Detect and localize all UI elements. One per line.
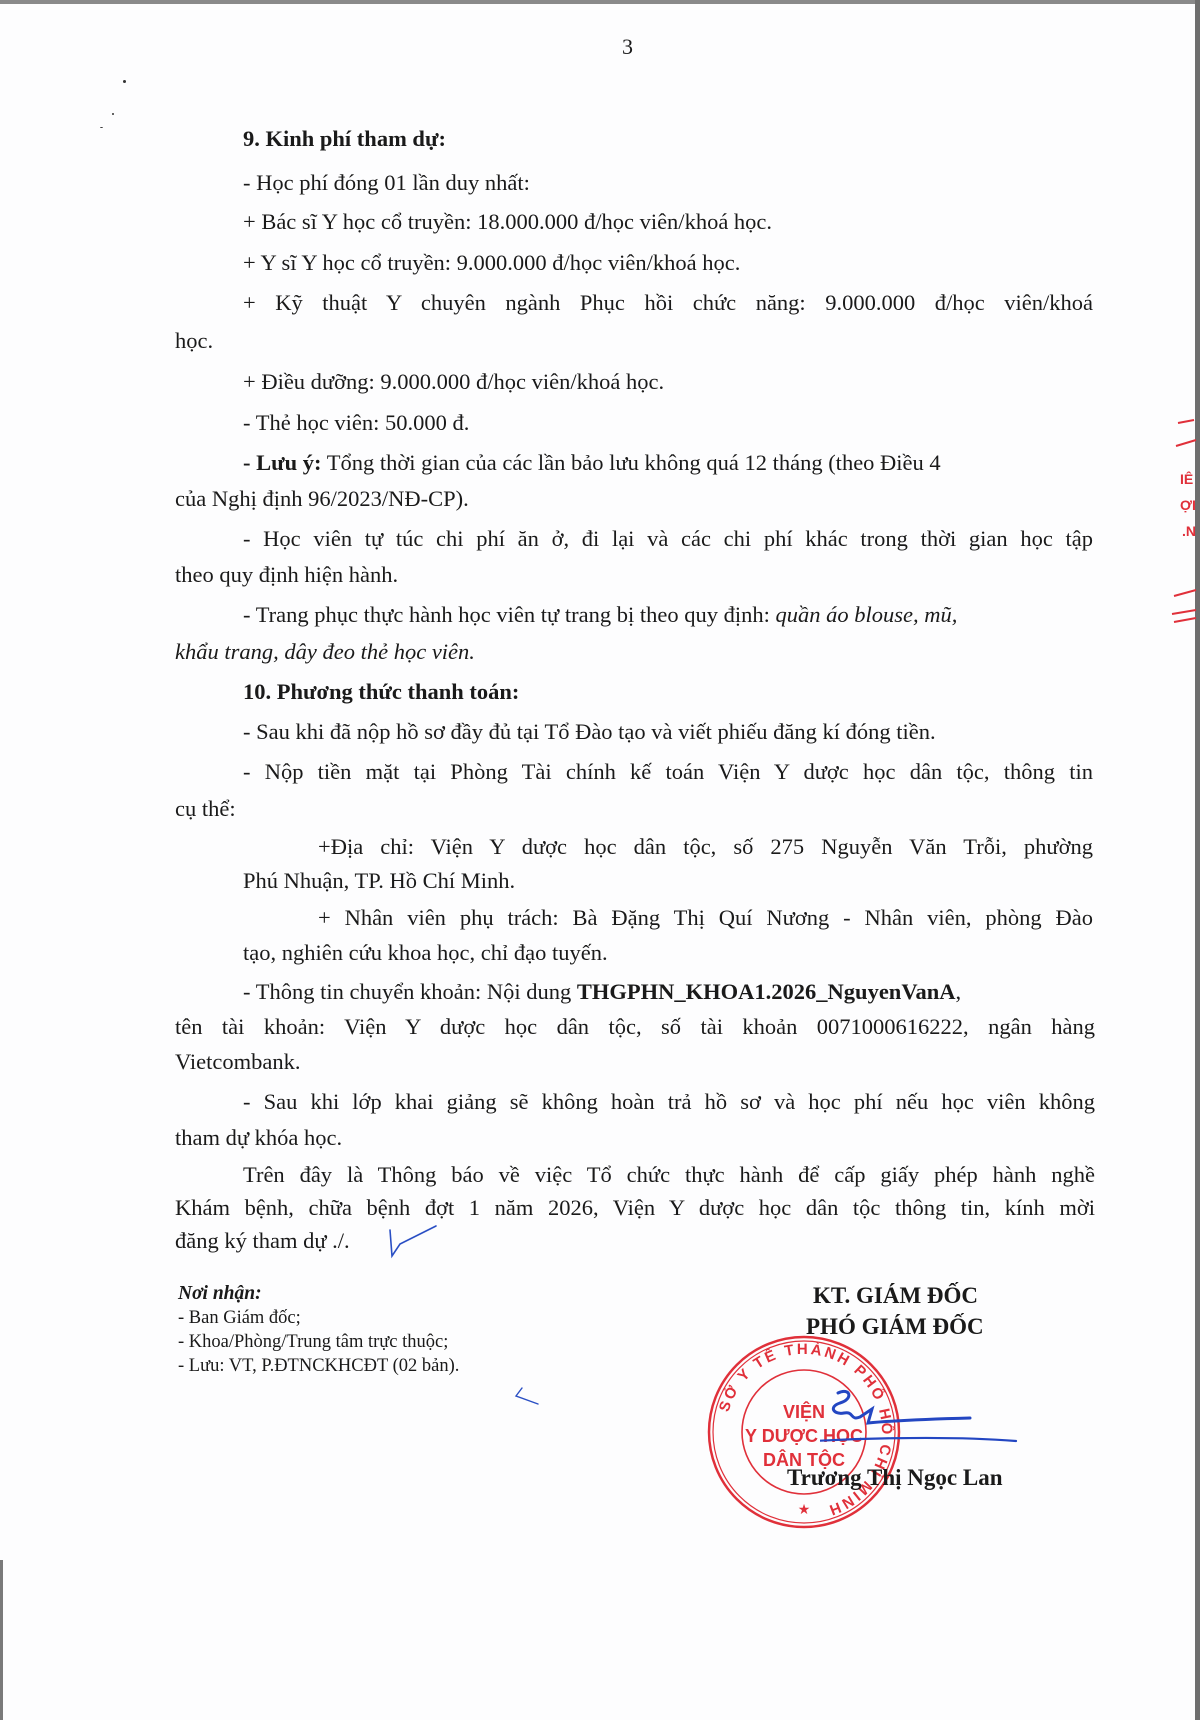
page-seal-fragment: IÊ ỢI .N: [1170, 418, 1200, 638]
uniform-line-2: khẩu trang, dây đeo thẻ học viên.: [175, 637, 475, 667]
staff-line-2: tạo, nghiên cứu khoa học, chỉ đạo tuyến.: [243, 938, 608, 968]
transfer-label: - Thông tin chuyển khoản: Nội dung: [243, 979, 577, 1004]
fee-item-continuation: học.: [175, 326, 213, 356]
page-number: 3: [622, 34, 633, 60]
section-9-heading: 9. Kinh phí tham dự:: [243, 124, 446, 154]
handwritten-initial-mark: [512, 1386, 542, 1408]
svg-text:.N: .N: [1182, 523, 1196, 539]
signer-name: Trương Thị Ngọc Lan: [787, 1462, 1002, 1494]
scan-speck: [112, 113, 114, 115]
self-funded-line-1: - Học viên tự túc chi phí ăn ở, đi lại v…: [243, 524, 1093, 554]
star-icon: ★: [798, 1503, 811, 1518]
section-10-heading: 10. Phương thức thanh toán:: [243, 677, 519, 707]
signer-title-1: KT. GIÁM ĐỐC: [813, 1280, 978, 1312]
handwritten-signature: [820, 1385, 1020, 1465]
cash-payment-line-2: cụ thể:: [175, 794, 236, 824]
recipients-block: Nơi nhận: - Ban Giám đốc; - Khoa/Phòng/T…: [178, 1282, 459, 1378]
fee-item: + Kỹ thuật Y chuyên ngành Phục hồi chức …: [243, 288, 1093, 318]
fee-item: + Bác sĩ Y học cổ truyền: 18.000.000 đ/h…: [243, 207, 772, 237]
address-line-1: +Địa chỉ: Viện Y dược học dân tộc, số 27…: [318, 832, 1093, 862]
closing-line-1: Trên đây là Thông báo về việc Tổ chức th…: [243, 1160, 1095, 1190]
closing-line-3: đăng ký tham dự ./.: [175, 1226, 350, 1256]
tuition-intro: - Học phí đóng 01 lần duy nhất:: [243, 168, 530, 198]
note-label: - Lưu ý:: [243, 450, 322, 475]
note-line-1: - Lưu ý: Tổng thời gian của các lần bảo …: [243, 448, 1093, 478]
recipient-item: - Lưu: VT, P.ĐTNCKHCĐT (02 bản).: [178, 1354, 459, 1378]
svg-text:IÊ: IÊ: [1180, 470, 1193, 487]
scan-right-border: [1195, 0, 1200, 1720]
fee-item: + Y sĩ Y học cổ truyền: 9.000.000 đ/học …: [243, 248, 740, 278]
transfer-line-2: tên tài khoản: Viện Y dược học dân tộc, …: [175, 1012, 1095, 1042]
staff-line-1: + Nhân viên phụ trách: Bà Đặng Thị Quí N…: [318, 903, 1093, 933]
scan-speck: [123, 80, 126, 83]
recipient-item: - Khoa/Phòng/Trung tâm trực thuộc;: [178, 1330, 459, 1354]
note-line-2: của Nghị định 96/2023/NĐ-CP).: [175, 484, 469, 514]
uniform-items: quần áo blouse, mũ,: [775, 602, 957, 627]
uniform-text: - Trang phục thực hành học viên tự trang…: [243, 602, 775, 627]
refund-line-1: - Sau khi lớp khai giảng sẽ không hoàn t…: [243, 1087, 1095, 1117]
card-fee: - Thẻ học viên: 50.000 đ.: [243, 408, 469, 438]
fee-item: + Điều dưỡng: 9.000.000 đ/học viên/khoá …: [243, 367, 664, 397]
address-line-2: Phú Nhuận, TP. Hồ Chí Minh.: [243, 866, 515, 896]
recipient-item: - Ban Giám đốc;: [178, 1306, 459, 1330]
transfer-line-3: Vietcombank.: [175, 1047, 301, 1077]
transfer-line-1: - Thông tin chuyển khoản: Nội dung THGPH…: [243, 977, 1098, 1007]
handwritten-initial-mark: [388, 1224, 438, 1260]
scan-speck: [100, 127, 103, 128]
cash-payment-line-1: - Nộp tiền mặt tại Phòng Tài chính kế to…: [243, 757, 1093, 787]
payment-step-1: - Sau khi đã nộp hồ sơ đầy đủ tại Tổ Đào…: [243, 717, 936, 747]
closing-line-2: Khám bệnh, chữa bệnh đợt 1 năm 2026, Việ…: [175, 1193, 1095, 1223]
refund-line-2: tham dự khóa học.: [175, 1123, 342, 1153]
scan-left-border: [0, 1560, 3, 1720]
stamp-text: VIỆN: [783, 1401, 825, 1422]
svg-text:ỢI: ỢI: [1180, 497, 1196, 513]
recipients-title: Nơi nhận:: [178, 1282, 459, 1306]
self-funded-line-2: theo quy định hiện hành.: [175, 560, 398, 590]
transfer-code: THGPHN_KHOA1.2026_NguyenVanA: [577, 979, 956, 1004]
note-text: Tổng thời gian của các lần bảo lưu không…: [322, 450, 941, 475]
transfer-comma: ,: [956, 979, 962, 1004]
uniform-line-1: - Trang phục thực hành học viên tự trang…: [243, 600, 1093, 630]
scan-top-border: [0, 0, 1200, 4]
